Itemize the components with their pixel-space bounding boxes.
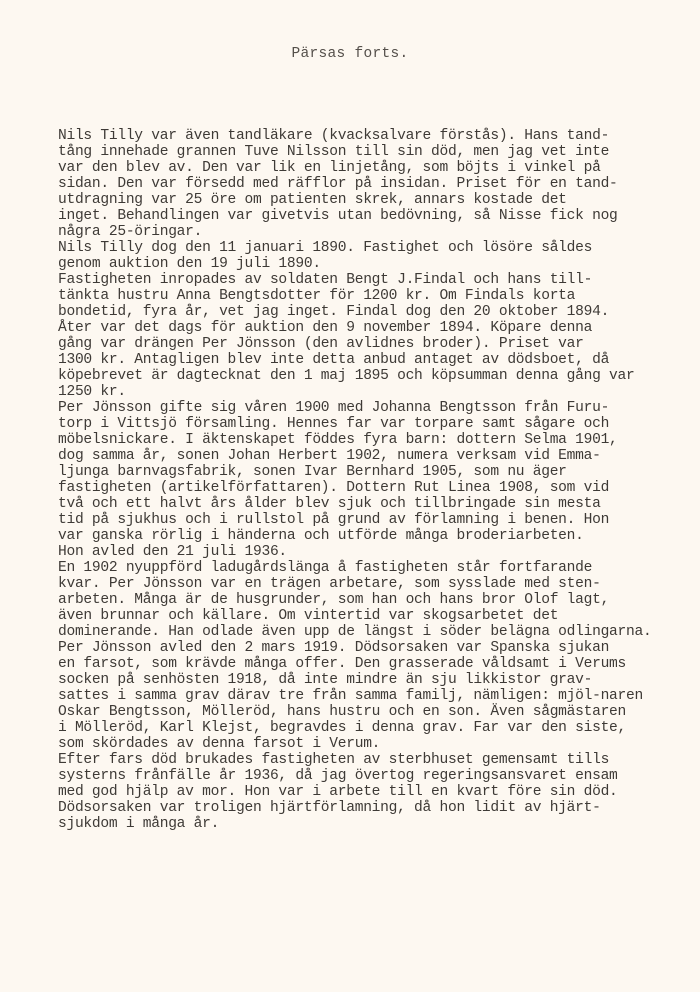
text-line: 1250 kr. <box>58 384 698 400</box>
text-line: fastigheten (artikelförfattaren). Dotter… <box>58 480 698 496</box>
text-line: tänkta hustru Anna Bengtsdotter för 1200… <box>58 288 698 304</box>
text-line: 1300 kr. Antagligen blev inte detta anbu… <box>58 352 698 368</box>
text-line: som skördades av denna farsot i Verum. <box>58 736 698 752</box>
text-line: ljunga barnvagsfabrik, sonen Ivar Bernha… <box>58 464 698 480</box>
text-line: tång innehade grannen Tuve Nilsson till … <box>58 144 698 160</box>
text-line: Oskar Bengtsson, Mölleröd, hans hustru o… <box>58 704 698 720</box>
text-line: genom auktion den 19 juli 1890. <box>58 256 698 272</box>
typewritten-page: Pärsas forts. Nils Tilly var även tandlä… <box>0 0 700 992</box>
text-line: tid på sjukhus och i rullstol på grund a… <box>58 512 698 528</box>
text-line: köpebrevet är dagtecknat den 1 maj 1895 … <box>58 368 698 384</box>
text-line: gång var drängen Per Jönsson (den avlidn… <box>58 336 698 352</box>
text-line: Dödsorsaken var troligen hjärtförlamning… <box>58 800 698 816</box>
text-line: sattes i samma grav därav tre från samma… <box>58 688 698 704</box>
body-text: Nils Tilly var även tandläkare (kvacksal… <box>58 128 698 832</box>
text-line: arbeten. Många är de husgrunder, som han… <box>58 592 698 608</box>
text-line: med god hjälp av mor. Hon var i arbete t… <box>58 784 698 800</box>
text-line: systerns frånfälle år 1936, då jag övert… <box>58 768 698 784</box>
text-line: kvar. Per Jönsson var en trägen arbetare… <box>58 576 698 592</box>
text-line: Fastigheten inropades av soldaten Bengt … <box>58 272 698 288</box>
text-line: dog samma år, sonen Johan Herbert 1902, … <box>58 448 698 464</box>
text-line: socken på senhösten 1918, då inte mindre… <box>58 672 698 688</box>
text-line: torp i Vittsjö församling. Hennes far va… <box>58 416 698 432</box>
text-line: även brunnar och källare. Om vintertid v… <box>58 608 698 624</box>
text-line: en farsot, som krävde många offer. Den g… <box>58 656 698 672</box>
text-line: två och ett halvt års ålder blev sjuk oc… <box>58 496 698 512</box>
text-line: utdragning var 25 öre om patienten skrek… <box>58 192 698 208</box>
text-line: i Mölleröd, Karl Klejst, begravdes i den… <box>58 720 698 736</box>
text-line: var ganska rörlig i händerna och utförde… <box>58 528 698 544</box>
text-line: några 25-öringar. <box>58 224 698 240</box>
text-line: Efter fars död brukades fastigheten av s… <box>58 752 698 768</box>
text-line: Nils Tilly dog den 11 januari 1890. Fast… <box>58 240 698 256</box>
text-line: möbelsnickare. I äktenskapet föddes fyra… <box>58 432 698 448</box>
text-line: bondetid, fyra år, vet jag inget. Findal… <box>58 304 698 320</box>
text-line: Hon avled den 21 juli 1936. <box>58 544 698 560</box>
text-line: dominerande. Han odlade även upp de läng… <box>58 624 698 640</box>
text-line: Per Jönsson gifte sig våren 1900 med Joh… <box>58 400 698 416</box>
text-line: inget. Behandlingen var givetvis utan be… <box>58 208 698 224</box>
text-line: var den blev av. Den var lik en linjetån… <box>58 160 698 176</box>
text-line: En 1902 nyuppförd ladugårdslänga å fasti… <box>58 560 698 576</box>
text-line: sidan. Den var försedd med räfflor på in… <box>58 176 698 192</box>
text-line: sjukdom i många år. <box>58 816 698 832</box>
text-line: Nils Tilly var även tandläkare (kvacksal… <box>58 128 698 144</box>
text-line: Per Jönsson avled den 2 mars 1919. Dödso… <box>58 640 698 656</box>
page-title: Pärsas forts. <box>0 46 700 62</box>
text-line: Åter var det dags för auktion den 9 nove… <box>58 320 698 336</box>
